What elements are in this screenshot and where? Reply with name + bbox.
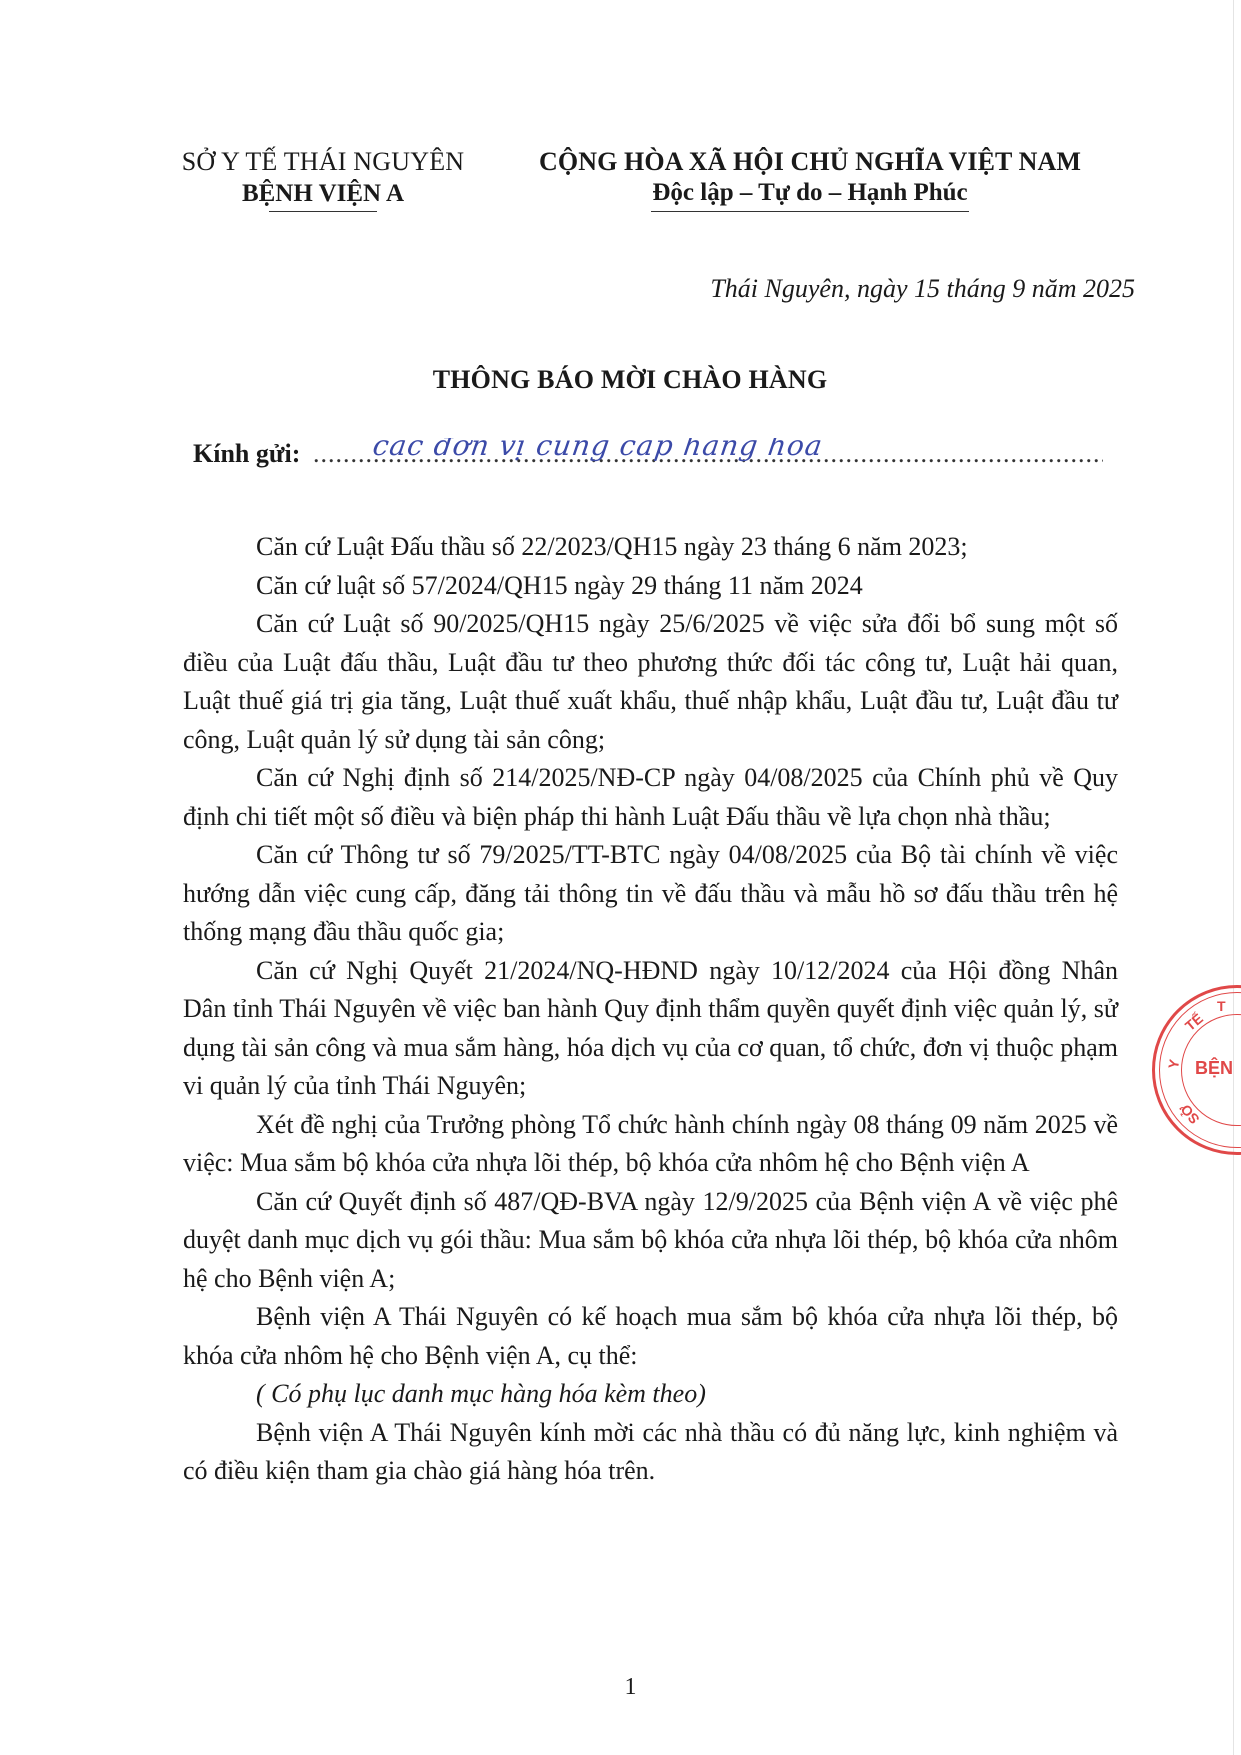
recipient-handwritten-value: các đơn vị cung cấp hàng hoá [371, 438, 825, 462]
page-number: 1 [0, 1674, 1241, 1701]
stamp-ring-letter: Y [1165, 1058, 1182, 1070]
body-paragraph: Bệnh viện A Thái Nguyên kính mời các nhà… [183, 1414, 1118, 1491]
body-paragraph: Căn cứ Nghị định số 214/2025/NĐ-CP ngày … [183, 759, 1118, 836]
recipient-label: Kính gửi: [193, 439, 300, 468]
body-paragraph: Căn cứ Thông tư số 79/2025/TT-BTC ngày 0… [183, 836, 1118, 952]
document-body: Căn cứ Luật Đấu thầu số 22/2023/QH15 ngà… [183, 528, 1118, 1491]
body-paragraph: Bệnh viện A Thái Nguyên có kế hoạch mua … [183, 1298, 1118, 1375]
agency-name: SỞ Y TẾ THÁI NGUYÊN [168, 146, 478, 177]
body-paragraph: Căn cứ luật số 57/2024/QH15 ngày 29 thán… [183, 567, 1118, 606]
body-paragraph: ( Có phụ lục danh mục hàng hóa kèm theo) [183, 1375, 1118, 1414]
body-paragraph: Căn cứ Luật Đấu thầu số 22/2023/QH15 ngà… [183, 528, 1118, 567]
stamp-center-text: BỆN [1195, 1058, 1233, 1079]
document-title: THÔNG BÁO MỜI CHÀO HÀNG [150, 364, 1110, 396]
recipient-line: Kính gửi: ..............................… [193, 438, 1113, 478]
stamp-ring-letter: TẾ [1182, 1010, 1206, 1034]
national-motto: Độc lập – Tự do – Hạnh Phúc [530, 177, 1090, 208]
page-edge-line [1233, 0, 1234, 1755]
date-line: Thái Nguyên, ngày 15 tháng 9 năm 2025 [600, 273, 1135, 305]
motto-underline [651, 211, 969, 212]
nation-name: CỘNG HÒA XÃ HỘI CHỦ NGHĨA VIỆT NAM [530, 146, 1090, 177]
national-header-block: CỘNG HÒA XÃ HỘI CHỦ NGHĨA VIỆT NAM Độc l… [530, 146, 1090, 212]
body-paragraph: Căn cứ Nghị Quyết 21/2024/NQ-HĐND ngày 1… [183, 952, 1118, 1106]
organization-underline [269, 211, 377, 212]
stamp-ring-letter: T [1217, 998, 1226, 1014]
issuing-agency-block: SỞ Y TẾ THÁI NGUYÊN BỆNH VIỆN A [168, 146, 478, 212]
organization-name: BỆNH VIỆN A [242, 178, 404, 209]
body-paragraph: Xét đề nghị của Trưởng phòng Tổ chức hàn… [183, 1106, 1118, 1183]
body-paragraph: Căn cứ Luật số 90/2025/QH15 ngày 25/6/20… [183, 605, 1118, 759]
official-stamp: T TẾ Y SỞ BỆN [1152, 985, 1241, 1155]
stamp-ring-letter: SỞ [1177, 1101, 1203, 1128]
body-paragraph: Căn cứ Quyết định số 487/QĐ-BVA ngày 12/… [183, 1183, 1118, 1299]
